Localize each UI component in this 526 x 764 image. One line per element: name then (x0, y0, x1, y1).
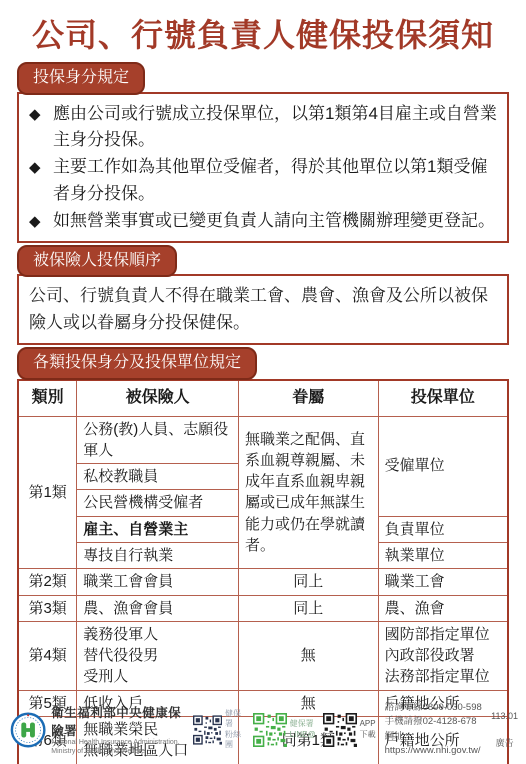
footer: 衛生福利部中央健康保險署 National Health Insurance A… (10, 701, 518, 758)
insured-cell: 農、漁會會員 (77, 595, 239, 621)
section-label-insured-order: 被保險人投保順序 (17, 245, 177, 278)
identity-rule-item: ◆ 應由公司或行號成立投保單位，以第1類第4目雇主或自營業主身分投保。 (29, 101, 497, 155)
table-row: 第2類 職業工會會員 同上 職業工會 (18, 569, 508, 595)
contact-info: 諮詢專線0800-030-598 手機請撥02-4128-678 網址https… (385, 701, 485, 758)
qr-app-label: APP 下載 (360, 719, 376, 740)
table-header-row: 類別 被保險人 眷屬 投保單位 (18, 380, 508, 416)
qr-fans-group: 健保署 粉絲團 (193, 709, 246, 751)
poster: 公司、行號負責人健保投保須知 投保身分規定 ◆ 應由公司或行號成立投保單位，以第… (0, 0, 526, 764)
section-label-identity-rules: 投保身分規定 (17, 62, 145, 95)
section-label-category-table: 各類投保身分及投保單位規定 (17, 347, 257, 380)
qr-line-label: 健保署 LINE@ (290, 719, 316, 740)
edition-number: 113.01 (491, 711, 518, 721)
qr-code-line-icon (253, 713, 287, 747)
identity-rules-box: ◆ 應由公司或行號成立投保單位，以第1類第4目雇主或自營業主身分投保。 ◆ 主要… (17, 92, 509, 243)
insured-cell: 公務(教)人員、志願役軍人 (77, 416, 239, 464)
dependents-cell: 同上 (238, 595, 378, 621)
unit-cell: 受僱單位 (378, 416, 508, 516)
qr-code-app-icon (323, 713, 357, 747)
website: 網址https://www.nhi.gov.tw/ (385, 730, 485, 759)
category-cell: 第2類 (18, 569, 77, 595)
identity-rule-item: ◆ 如無營業事實或已變更負責人請向主管機關辦理變更登記。 (29, 208, 497, 235)
unit-cell: 國防部指定單位 內政部役政署 法務部指定單位 (378, 621, 508, 690)
insured-cell-employer-highlight: 雇主、自營業主 (77, 516, 239, 542)
diamond-bullet-icon: ◆ (29, 208, 53, 234)
agency-names: 衛生福利部中央健康保險署 National Health Insurance A… (51, 703, 186, 757)
insured-order-text: 公司、行號負責人不得在職業工會、農會、漁會及公所以被保險人或以眷屬身分投保健保。 (29, 283, 497, 337)
dependents-cell: 無職業之配偶、直系血親尊親屬、未成年直系血親卑親屬或已成年無謀生能力或仍在學就讀… (238, 416, 378, 569)
identity-rule-text: 如無營業事實或已變更負責人請向主管機關辦理變更登記。 (53, 208, 497, 235)
qr-fans-label: 健保署 粉絲團 (225, 709, 246, 751)
qr-app-group: APP 下載 (323, 713, 376, 747)
identity-rule-text: 應由公司或行號成立投保單位，以第1類第4目雇主或自營業主身分投保。 (53, 101, 497, 155)
edition-block: 113.01 廣告 (491, 701, 518, 758)
hotline: 諮詢專線0800-030-598 (385, 701, 485, 715)
nhi-logo (10, 709, 46, 751)
insured-cell: 義務役軍人 替代役役男 受刑人 (77, 621, 239, 690)
agency-block: 衛生福利部中央健康保險署 National Health Insurance A… (10, 703, 186, 757)
table-row: 第3類 農、漁會會員 同上 農、漁會 (18, 595, 508, 621)
table-row: 第4類 義務役軍人 替代役役男 受刑人 無 國防部指定單位 內政部役政署 法務部… (18, 621, 508, 690)
agency-name-zh: 衛生福利部中央健康保險署 (51, 703, 186, 739)
col-header-category: 類別 (18, 380, 77, 416)
diamond-bullet-icon: ◆ (29, 101, 53, 127)
insured-cell: 公民營機構受僱者 (77, 490, 239, 516)
unit-cell: 負責單位 (378, 516, 508, 542)
unit-cell: 執業單位 (378, 543, 508, 569)
col-header-dependents: 眷屬 (238, 380, 378, 416)
identity-rule-item: ◆ 主要工作如為其他單位受僱者，得於其他單位以第1類受僱者身分投保。 (29, 154, 497, 208)
agency-name-en: National Health Insurance Administration… (51, 739, 186, 757)
insured-cell: 職業工會會員 (77, 569, 239, 595)
col-header-insured: 被保險人 (77, 380, 239, 416)
identity-rule-text: 主要工作如為其他單位受僱者，得於其他單位以第1類受僱者身分投保。 (53, 154, 497, 208)
qr-code-fans-icon (193, 713, 222, 747)
mobile-line: 手機請撥02-4128-678 (385, 715, 485, 729)
ad-mark: 廣告 (491, 736, 518, 749)
diamond-bullet-icon: ◆ (29, 154, 53, 180)
unit-cell: 職業工會 (378, 569, 508, 595)
category-cell: 第1類 (18, 416, 77, 569)
insured-cell: 私校教職員 (77, 464, 239, 490)
category-cell: 第3類 (18, 595, 77, 621)
table-row: 第1類 公務(教)人員、志願役軍人 無職業之配偶、直系血親尊親屬、未成年直系血親… (18, 416, 508, 464)
category-cell: 第4類 (18, 621, 77, 690)
qr-line-group: 健保署 LINE@ (253, 713, 316, 747)
unit-cell: 農、漁會 (378, 595, 508, 621)
dependents-cell: 無 (238, 621, 378, 690)
page-title: 公司、行號負責人健保投保須知 (17, 10, 509, 56)
col-header-unit: 投保單位 (378, 380, 508, 416)
insured-cell: 專技自行執業 (77, 543, 239, 569)
insured-order-box: 公司、行號負責人不得在職業工會、農會、漁會及公所以被保險人或以眷屬身分投保健保。 (17, 274, 509, 345)
dependents-cell: 同上 (238, 569, 378, 595)
